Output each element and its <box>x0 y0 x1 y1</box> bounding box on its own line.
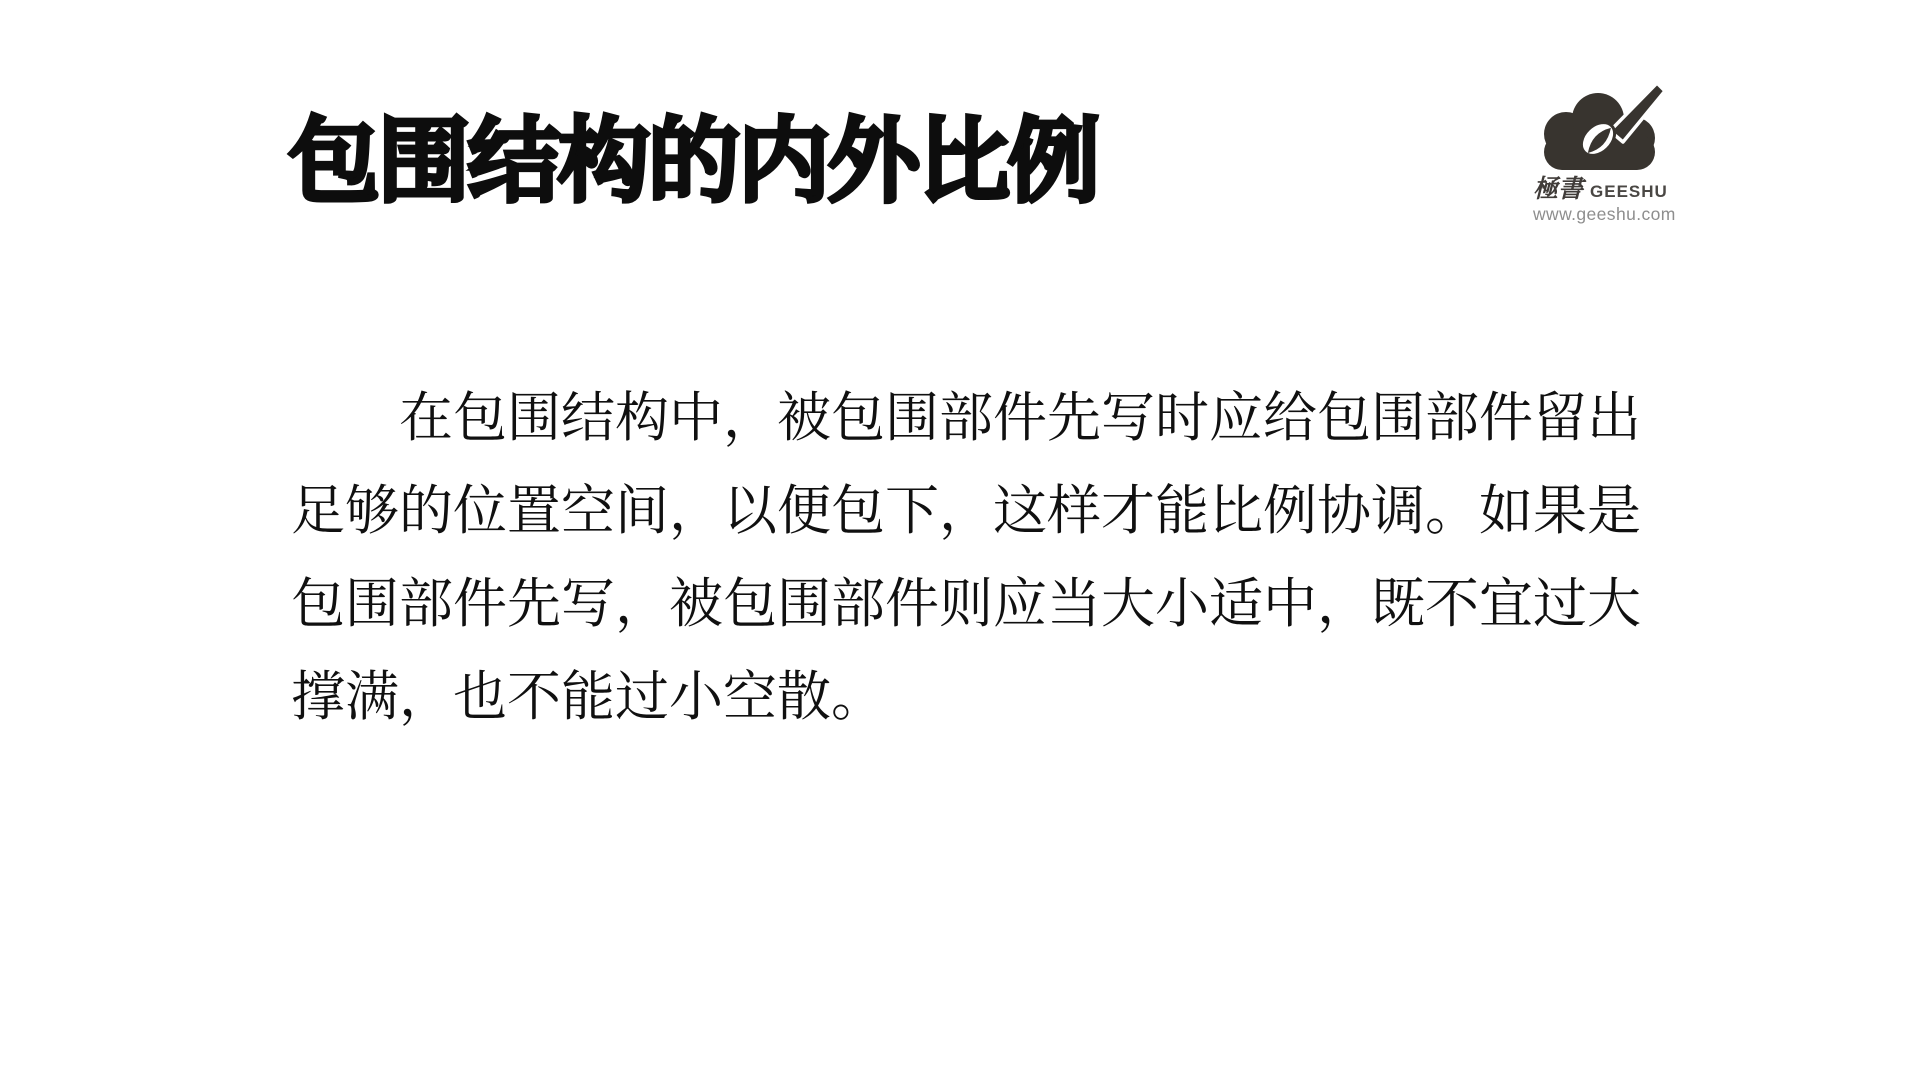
brand-name-latin: GEESHU <box>1590 182 1668 202</box>
slide: 包围结构的内外比例 極書 GEESHU www.geeshu.com 在包围 <box>0 0 1920 1080</box>
logo-brand-row: 極書 GEESHU <box>1533 175 1683 202</box>
page-title: 包围结构的内外比例 <box>288 112 1098 212</box>
paragraph-line-2: 足够的位置空间，以便包下，这样才能比例协调。如果是 <box>291 464 1641 557</box>
paragraph-line-4: 撑满，也不能过小空散。 <box>291 650 1641 743</box>
paragraph: 在包围结构中，被包围部件先写时应给包围部件留出 足够的位置空间，以便包下，这样才… <box>291 371 1641 743</box>
brand-name-cjk: 極書 <box>1533 175 1583 202</box>
cloud-paintbrush-icon <box>1536 82 1666 174</box>
geeshu-logo: 極書 GEESHU www.geeshu.com <box>1533 82 1683 225</box>
logo-website-url: www.geeshu.com <box>1533 204 1683 225</box>
paragraph-line-3: 包围部件先写，被包围部件则应当大小适中，既不宜过大 <box>291 557 1641 650</box>
paragraph-line-1: 在包围结构中，被包围部件先写时应给包围部件留出 <box>291 371 1641 464</box>
